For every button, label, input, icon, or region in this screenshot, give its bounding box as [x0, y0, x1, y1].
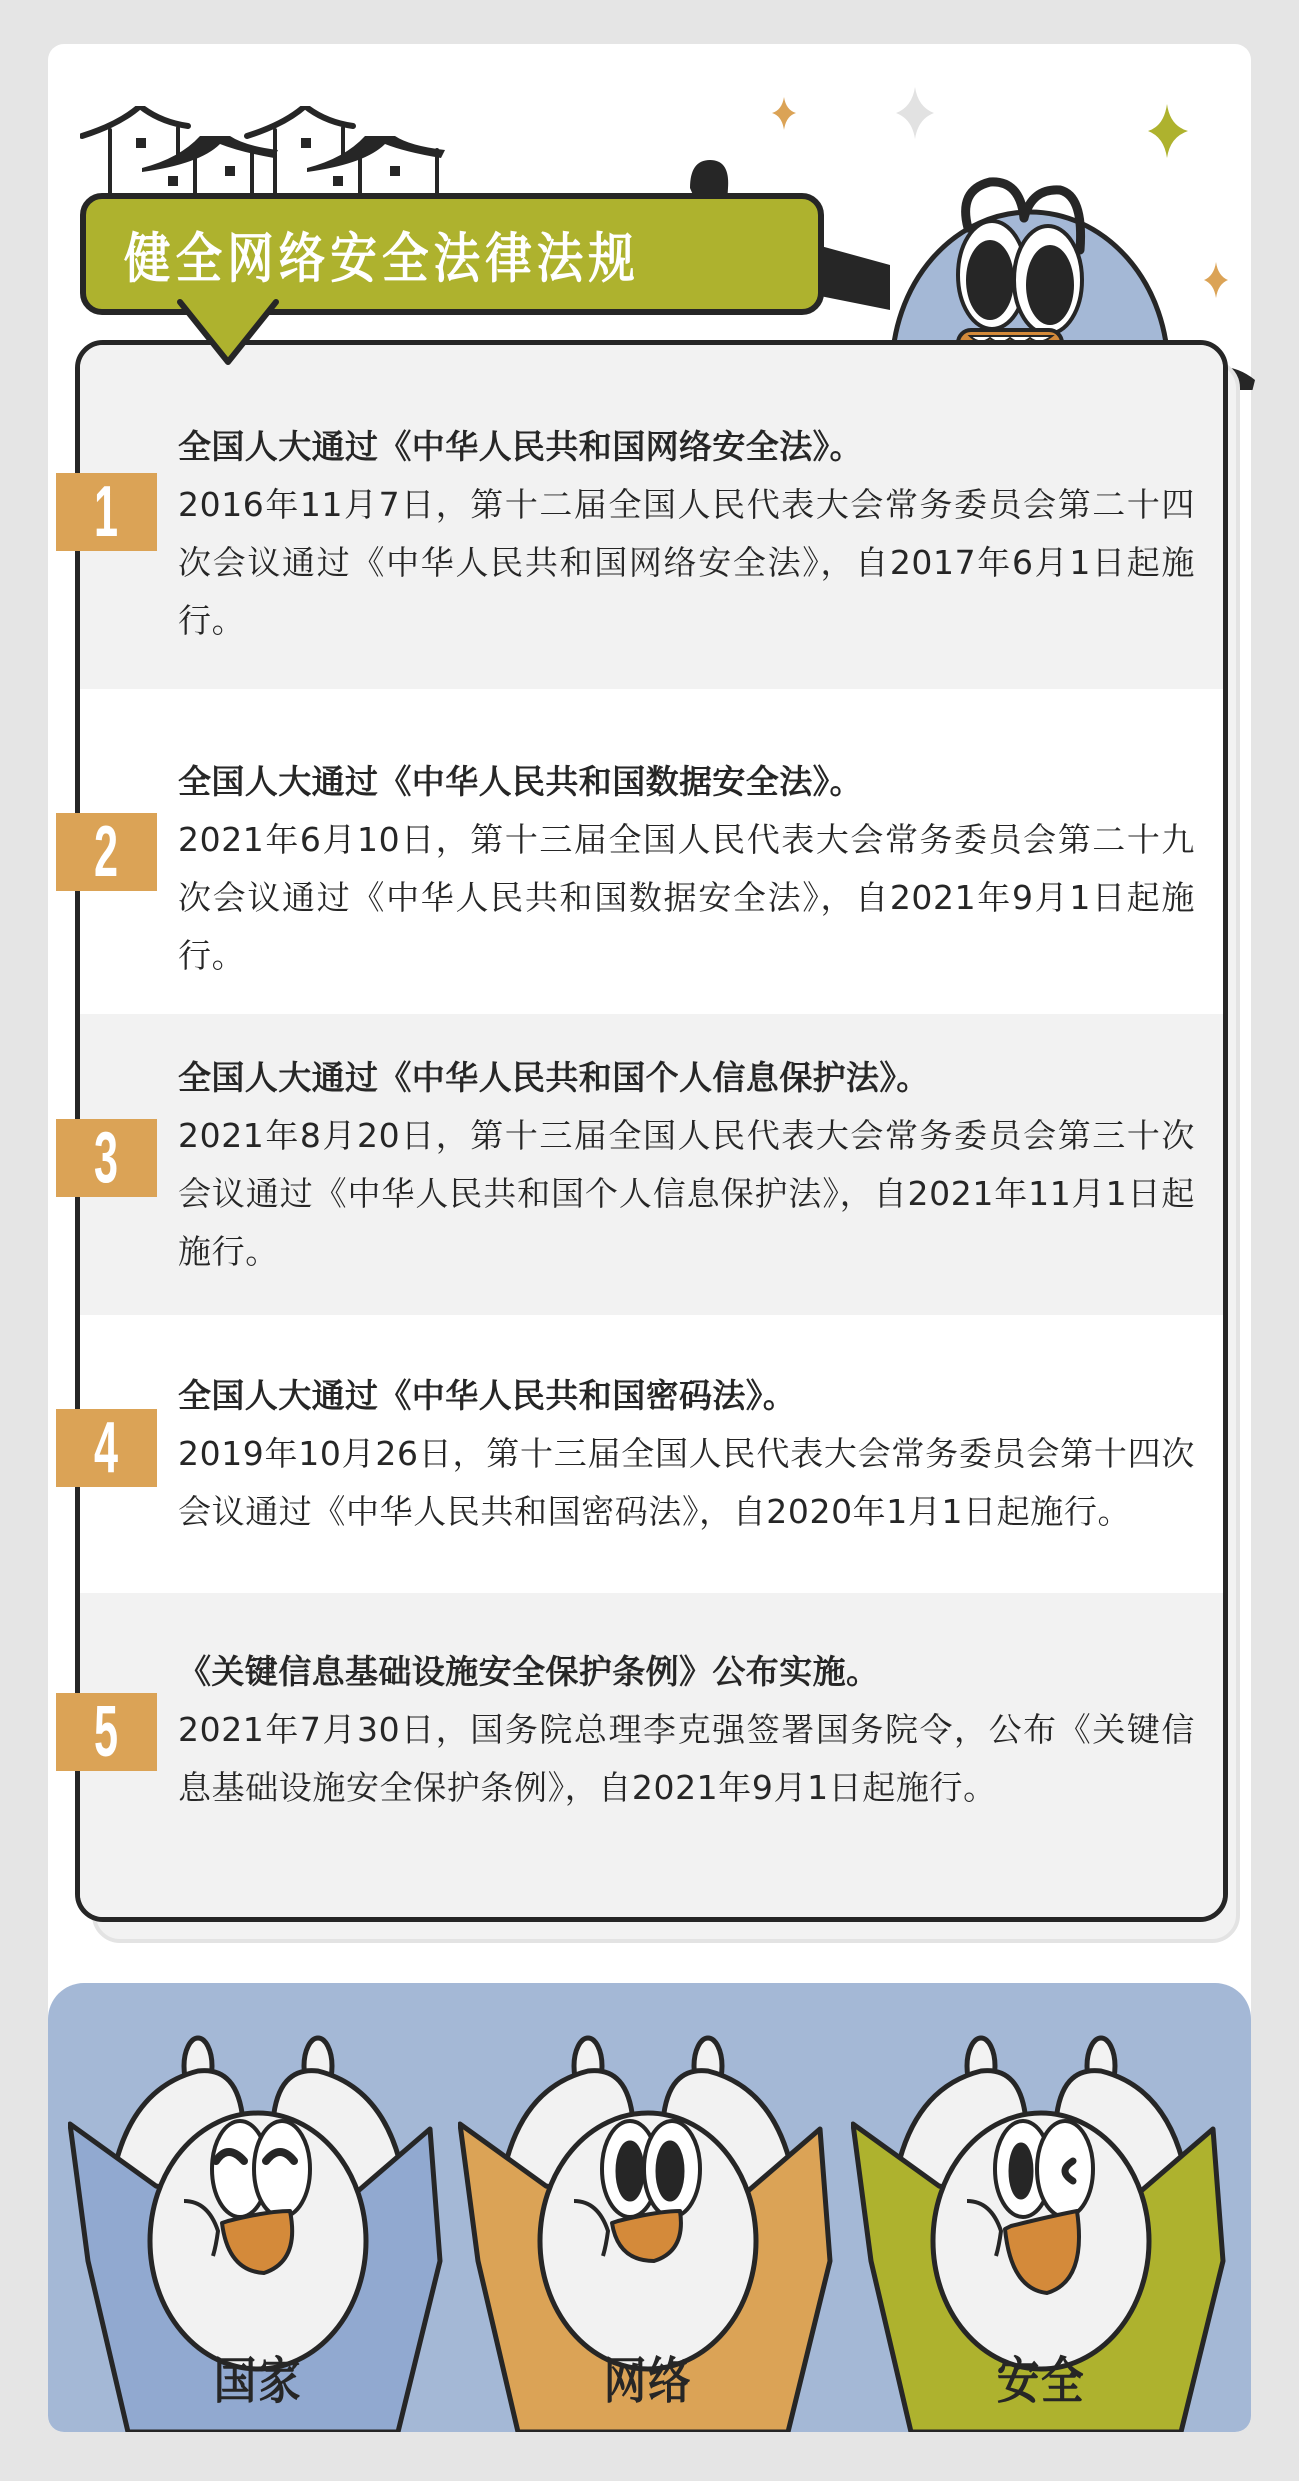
mascot-figure-country: 国家: [68, 2011, 448, 2432]
item-heading: 全国人大通过《中华人民共和国网络安全法》。: [178, 418, 1195, 476]
list-item: 《关键信息基础设施安全保护条例》公布实施。 2021年7月30日，国务院总理李克…: [80, 1593, 1223, 1922]
figure-label: 安全: [880, 2341, 1203, 2413]
house-pair-icon: [82, 106, 252, 198]
number-badge-5: 5: [56, 1693, 157, 1771]
list-item: 全国人大通过《中华人民共和国数据安全法》。 2021年6月10日，第十三届全国人…: [80, 689, 1223, 1014]
figure-label: 国家: [97, 2341, 420, 2413]
number-badge-2: 2: [56, 813, 157, 891]
list-item: 全国人大通过《中华人民共和国个人信息保护法》。 2021年8月20日，第十三届全…: [80, 1014, 1223, 1315]
figure-label: 网络: [487, 2341, 810, 2413]
page-title: 健全网络安全法律法规: [124, 216, 640, 293]
number-badge-3: 3: [56, 1119, 157, 1197]
mascot-figure-network: 网络: [458, 2011, 838, 2432]
houses-illustration: [80, 106, 450, 198]
mascot-footer-panel: 国家 网络: [48, 1983, 1251, 2432]
item-body: 2021年8月20日，第十三届全国人民代表大会常务委员会第三十次会议通过《中华人…: [178, 1107, 1195, 1281]
item-heading: 全国人大通过《中华人民共和国密码法》。: [178, 1367, 1195, 1425]
item-heading: 《关键信息基础设施安全保护条例》公布实施。: [178, 1643, 1195, 1701]
list-item: 全国人大通过《中华人民共和国密码法》。 2019年10月26日，第十三届全国人民…: [80, 1315, 1223, 1593]
item-heading: 全国人大通过《中华人民共和国个人信息保护法》。: [178, 1049, 1195, 1107]
list-item: 全国人大通过《中华人民共和国网络安全法》。 2016年11月7日，第十二届全国人…: [80, 345, 1223, 689]
mascot-figure-security: 安全: [851, 2011, 1231, 2432]
law-list: 全国人大通过《中华人民共和国网络安全法》。 2016年11月7日，第十二届全国人…: [75, 340, 1228, 1922]
item-body: 2021年7月30日，国务院总理李克强签署国务院令，公布《关键信息基础设施安全保…: [178, 1701, 1195, 1817]
item-body: 2021年6月10日，第十三届全国人民代表大会常务委员会第二十九次会议通过《中华…: [178, 811, 1195, 985]
number-badge-4: 4: [56, 1409, 157, 1487]
title-banner: 健全网络安全法律法规: [80, 193, 824, 315]
item-heading: 全国人大通过《中华人民共和国数据安全法》。: [178, 753, 1195, 811]
number-badge-1: 1: [56, 473, 157, 551]
item-body: 2016年11月7日，第十二届全国人民代表大会常务委员会第二十四次会议通过《中华…: [178, 476, 1195, 650]
speech-pointer-icon: [176, 298, 280, 368]
item-body: 2019年10月26日，第十三届全国人民代表大会常务委员会第十四次会议通过《中华…: [178, 1425, 1195, 1541]
